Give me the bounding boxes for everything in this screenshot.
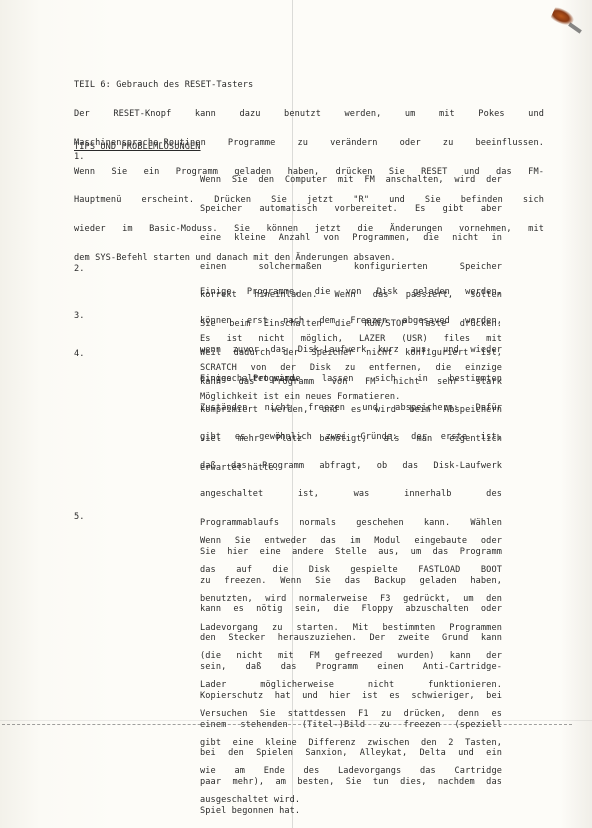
tear-mark <box>568 22 582 33</box>
tip-number: 3. <box>74 312 85 322</box>
tip-line: Einige Programme lassen sich in bestimmt… <box>200 375 502 385</box>
tip-line: Versuchen Sie stattdessen F1 zu drücken,… <box>200 710 502 720</box>
tip-body-5: Wenn Sie entweder das im Modul eingebaut… <box>200 518 502 825</box>
tip-line: das auf die Disk gespielte FASTLOAD BOOT <box>200 566 502 576</box>
tip-number: 4. <box>74 350 85 360</box>
tip-line: Wenn Sie entweder das im Modul eingebaut… <box>200 537 502 547</box>
tip-line: gibt es gewöhnlich zwei Gründe: der erst… <box>200 433 502 443</box>
tip-line: (die nicht mit FM gefreezed wurden) kann… <box>200 652 502 662</box>
tips-heading: TIPS UND PROBLEMLÖSUNGEN <box>74 143 201 153</box>
tip-line: Es ist nicht möglich, LAZER (USR) files … <box>200 335 502 345</box>
tip-line: angeschaltet ist, was innerhalb des <box>200 490 502 500</box>
intro-line: Der RESET-Knopf kann dazu benutzt werden… <box>74 110 544 120</box>
tip-number: 1. <box>74 153 85 163</box>
tip-line: Speicher automatisch vorbereitet. Es gib… <box>200 205 502 215</box>
tip-line: Einige Programme, die von Disk geladen w… <box>200 288 502 298</box>
tip-line: Ladevorgang zu starten. Mit bestimmten P… <box>200 624 502 634</box>
tip-line: eine kleine Anzahl von Programmen, die n… <box>200 234 502 244</box>
tip-line: benutzten, wird normalerweise F3 gedrück… <box>200 595 502 605</box>
faint-bottom-line <box>2 724 572 725</box>
tip-line: ausgeschaltet wird. <box>200 796 502 806</box>
tip-line: daß das Programm abfragt, ob das Disk-La… <box>200 462 502 472</box>
tip-line: gibt eine kleine Differenz zwischen den … <box>200 739 502 749</box>
tip-number: 5. <box>74 513 85 523</box>
tip-line: Lader möglicherweise nicht funktionieren… <box>200 681 502 691</box>
tip-line: Zuständen nicht freezen und abspeichern:… <box>200 404 502 414</box>
scanned-page: TEIL 6: Gebrauch des RESET-Tasters Der R… <box>0 0 592 828</box>
tip-line: wie am Ende des Ladevorgangs das Cartrid… <box>200 767 502 777</box>
tip-line: Wenn Sie den Computer mit FM anschalten,… <box>200 176 502 186</box>
tip-number: 2. <box>74 265 85 275</box>
section-title: TEIL 6: Gebrauch des RESET-Tasters <box>74 81 544 91</box>
